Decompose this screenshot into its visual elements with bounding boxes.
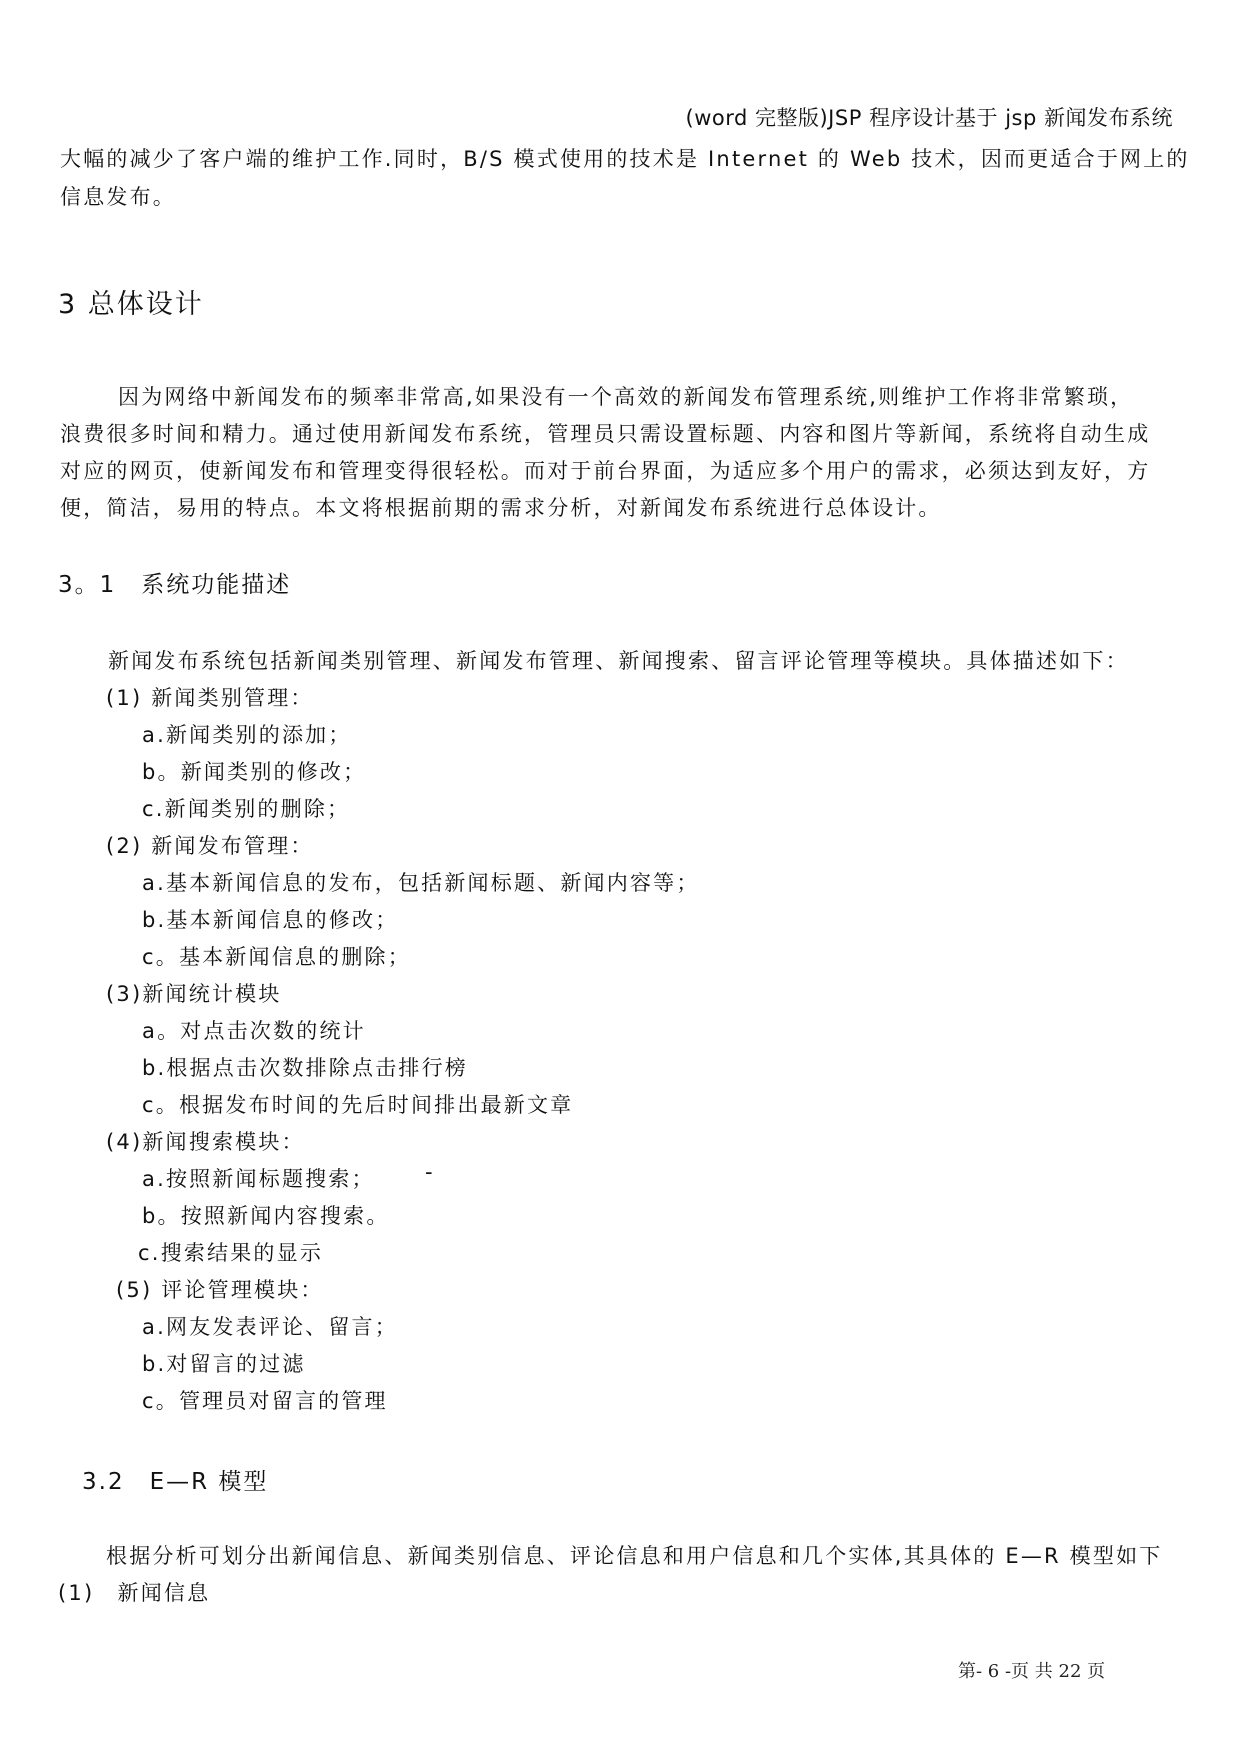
module-3-item-c: c。根据发布时间的先后时间排出最新文章: [142, 1089, 573, 1119]
module-2-item-b: b.基本新闻信息的修改；: [142, 904, 398, 934]
module-2-item-a: a.基本新闻信息的发布，包括新闻标题、新闻内容等；: [142, 867, 700, 897]
module-5-item-a: a.网友发表评论、留言；: [142, 1311, 398, 1341]
section-3-1-intro: 新闻发布系统包括新闻类别管理、新闻发布管理、新闻搜索、留言评论管理等模块。具体描…: [108, 645, 1129, 675]
intro-paragraph-line-1: 大幅的减少了客户端的维护工作.同时，B/S 模式使用的技术是 Internet …: [60, 143, 1190, 173]
module-2-title: (2) 新闻发布管理：: [106, 830, 314, 860]
section-3-2-paragraph: 根据分析可划分出新闻信息、新闻类别信息、评论信息和用户信息和几个实体,其具体的 …: [106, 1540, 1162, 1570]
module-4-item-c: c.搜索结果的显示: [138, 1237, 323, 1267]
section-3-heading: 3 总体设计: [58, 282, 204, 321]
module-3-item-b: b.根据点击次数排除点击排行榜: [142, 1052, 468, 1082]
document-header-title: (word 完整版)JSP 程序设计基于 jsp 新闻发布系统: [686, 102, 1174, 132]
page-number-footer: 第- 6 -页 共 22 页: [958, 1657, 1105, 1683]
module-1-item-c: c.新闻类别的删除；: [142, 793, 350, 823]
section-3-1-heading: 3。1 系统功能描述: [58, 566, 291, 599]
section-3-2-heading: 3.2 E—R 模型: [82, 1463, 268, 1496]
module-4-item-a: a.按照新闻标题搜索；: [142, 1163, 375, 1193]
module-4-item-b: b。按照新闻内容搜索。: [142, 1200, 390, 1230]
module-4-title: (4)新闻搜索模块：: [106, 1126, 305, 1156]
intro-paragraph-line-2: 信息发布。: [60, 181, 176, 211]
section-3-2-sub-item: (1) 新闻信息: [58, 1577, 210, 1607]
section-3-paragraph-line-3: 对应的网页，使新闻发布和管理变得很轻松。而对于前台界面，为适应多个用户的需求，必…: [60, 455, 1150, 485]
module-5-item-b: b.对留言的过滤: [142, 1348, 306, 1378]
section-3-paragraph-line-2: 浪费很多时间和精力。通过使用新闻发布系统，管理员只需设置标题、内容和图片等新闻，…: [60, 418, 1150, 448]
module-5-title: (5) 评论管理模块：: [116, 1274, 324, 1304]
module-1-item-b: b。新闻类别的修改；: [142, 756, 366, 786]
section-3-paragraph-line-4: 便，简洁，易用的特点。本文将根据前期的需求分析，对新闻发布系统进行总体设计。: [60, 492, 942, 522]
module-5-item-c: c。管理员对留言的管理: [142, 1385, 388, 1415]
section-3-paragraph-line-1: 因为网络中新闻发布的频率非常高,如果没有一个高效的新闻发布管理系统,则维护工作将…: [118, 381, 1133, 411]
module-2-item-c: c。基本新闻信息的删除；: [142, 941, 411, 971]
module-1-item-a: a.新闻类别的添加；: [142, 719, 352, 749]
module-1-title: (1) 新闻类别管理：: [106, 682, 314, 712]
module-3-title: (3)新闻统计模块: [106, 978, 282, 1008]
stray-dash-mark: -: [425, 1160, 433, 1184]
module-3-item-a: a。对点击次数的统计: [142, 1015, 366, 1045]
